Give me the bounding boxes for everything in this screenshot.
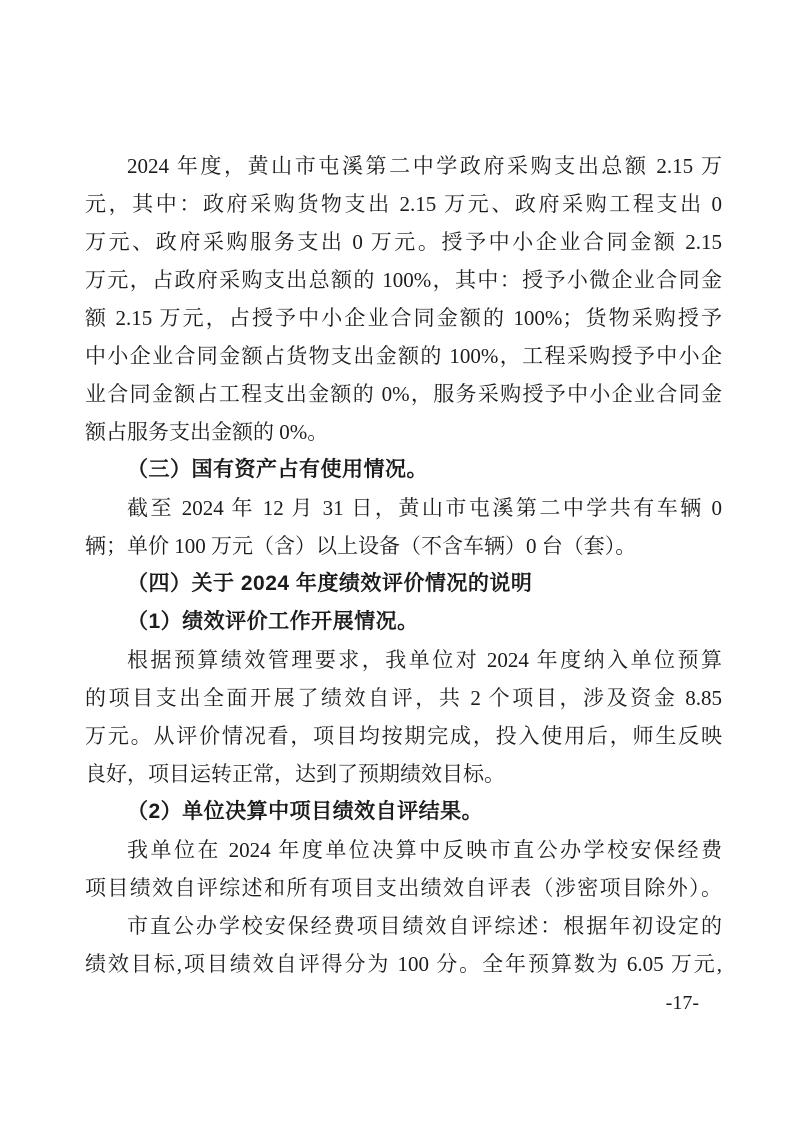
paragraph-line: 2024 年度，黄山市屯溪第二中学政府采购支出总额 2.15 万 (85, 147, 722, 185)
evaluation-work-paragraph: 根据预算绩效管理要求，我单位对 2024 年度纳入单位预算 的项目支出全面开展了… (85, 641, 722, 793)
procurement-paragraph: 2024 年度，黄山市屯溪第二中学政府采购支出总额 2.15 万 元，其中：政府… (85, 147, 722, 451)
paragraph-line: 额占服务支出金额的 0%。 (85, 413, 722, 451)
paragraph-line: 的项目支出全面开展了绩效自评，共 2 个项目，涉及资金 8.85 (85, 679, 722, 717)
paragraph-line: 根据预算绩效管理要求，我单位对 2024 年度纳入单位预算 (85, 641, 722, 679)
paragraph-line: 万元、政府采购服务支出 0 万元。授予中小企业合同金额 2.15 (85, 223, 722, 261)
document-content: 2024 年度，黄山市屯溪第二中学政府采购支出总额 2.15 万 元，其中：政府… (85, 147, 722, 983)
paragraph-line: 元，其中：政府采购货物支出 2.15 万元、政府采购工程支出 0 (85, 185, 722, 223)
paragraph-line: 辆；单价 100 万元（含）以上设备（不含车辆）0 台（套）。 (85, 527, 722, 565)
paragraph-line: 我单位在 2024 年度单位决算中反映市直公办学校安保经费 (85, 831, 722, 869)
paragraph-line: 绩效目标,项目绩效自评得分为 100 分。全年预算数为 6.05 万元, (85, 945, 722, 983)
paragraph-line: 良好，项目运转正常，达到了预期绩效目标。 (85, 755, 722, 793)
paragraph-line: 截至 2024 年 12 月 31 日，黄山市屯溪第二中学共有车辆 0 (85, 489, 722, 527)
security-fund-paragraph: 市直公办学校安保经费项目绩效自评综述：根据年初设定的 绩效目标,项目绩效自评得分… (85, 907, 722, 983)
heading-state-assets: （三）国有资产占有使用情况。 (85, 451, 722, 489)
paragraph-line: 业合同金额占工程支出金额的 0%，服务采购授予中小企业合同金 (85, 375, 722, 413)
heading-performance-note: （四）关于 2024 年度绩效评价情况的说明 (85, 565, 722, 603)
paragraph-line: 万元，占政府采购支出总额的 100%，其中：授予小微企业合同金 (85, 261, 722, 299)
heading-self-evaluation-result: （2）单位决算中项目绩效自评结果。 (85, 793, 722, 831)
document-page: 2024 年度，黄山市屯溪第二中学政府采购支出总额 2.15 万 元，其中：政府… (0, 0, 793, 1122)
paragraph-line: 市直公办学校安保经费项目绩效自评综述：根据年初设定的 (85, 907, 722, 945)
paragraph-line: 万元。从评价情况看，项目均按期完成，投入使用后，师生反映 (85, 717, 722, 755)
paragraph-line: 中小企业合同金额占货物支出金额的 100%，工程采购授予中小企 (85, 337, 722, 375)
paragraph-line: 额 2.15 万元，占授予中小企业合同金额的 100%；货物采购授予 (85, 299, 722, 337)
paragraph-line: 项目绩效自评综述和所有项目支出绩效自评表（涉密项目除外）。 (85, 869, 722, 907)
heading-evaluation-work: （1）绩效评价工作开展情况。 (85, 603, 722, 641)
self-evaluation-paragraph: 我单位在 2024 年度单位决算中反映市直公办学校安保经费 项目绩效自评综述和所… (85, 831, 722, 907)
state-assets-paragraph: 截至 2024 年 12 月 31 日，黄山市屯溪第二中学共有车辆 0 辆；单价… (85, 489, 722, 565)
page-number: -17- (666, 991, 699, 1015)
